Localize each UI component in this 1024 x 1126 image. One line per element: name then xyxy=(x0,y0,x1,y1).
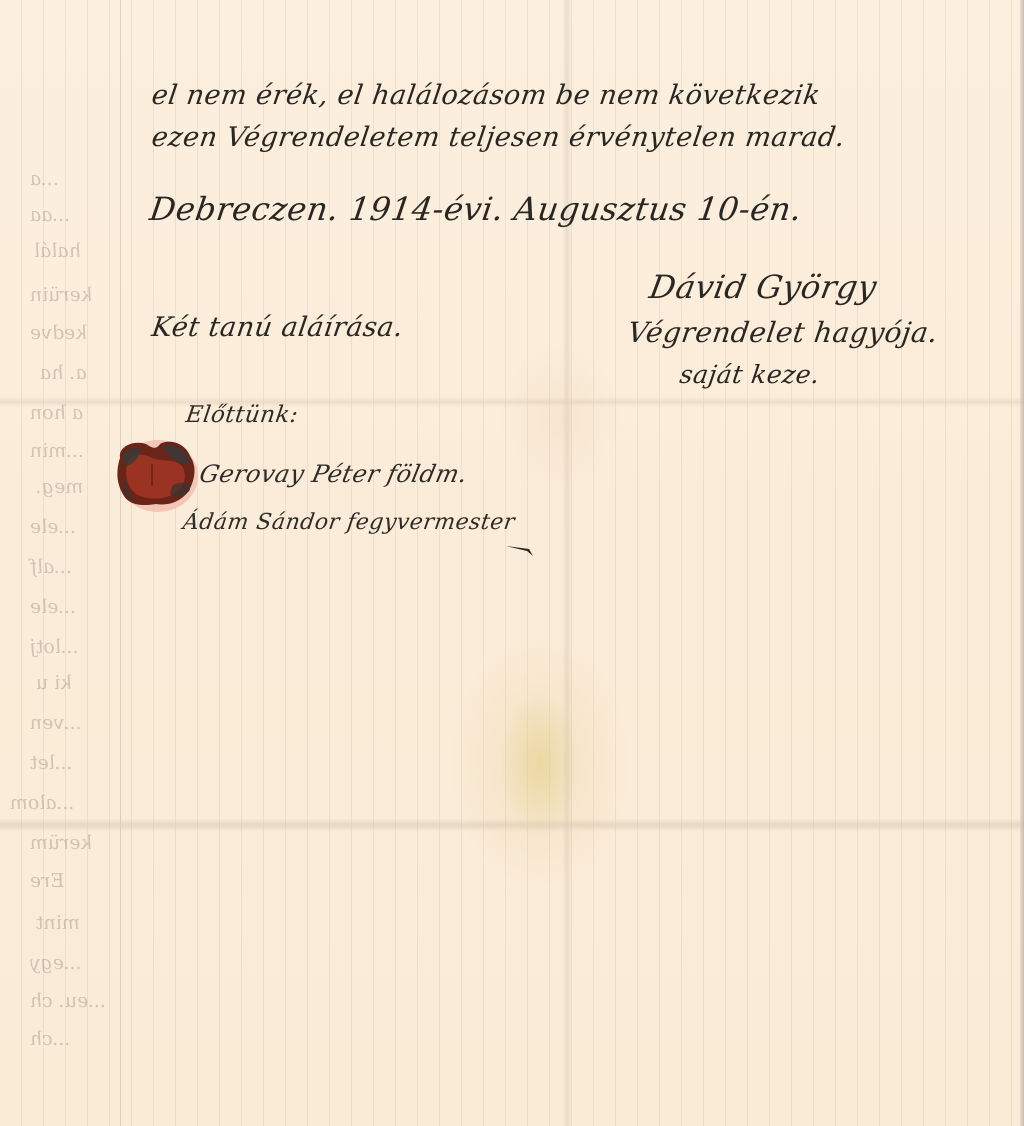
bleed-fragment: halál xyxy=(32,240,82,262)
bleed-fragment: a hon xyxy=(28,402,84,424)
place-and-date: Debreczen. 1914-évi. Augusztus 10-én. xyxy=(147,190,804,228)
paper-edge xyxy=(1020,0,1024,1126)
before-us-label: Előttünk: xyxy=(184,402,300,428)
body-line-1: el nem érék, el halálozásom be nem követ… xyxy=(150,80,823,111)
witness-signature-1: Gerovay Péter földm. xyxy=(197,460,470,488)
bleed-fragment: ...eu. ch xyxy=(28,990,108,1012)
bleed-fragment: a. ha xyxy=(38,362,88,384)
testator-own-hand-note: saját keze. xyxy=(678,360,822,389)
bleed-fragment: ...ven xyxy=(28,712,83,734)
bleed-fragment: ...alf xyxy=(28,556,74,578)
bleed-fragment: kerüm xyxy=(28,832,93,854)
vertical-fold-line xyxy=(562,0,572,1126)
bleed-fragment: meg. xyxy=(34,476,85,498)
margin-line xyxy=(120,0,121,1126)
horizontal-fold-line-upper xyxy=(0,397,1024,407)
bleed-fragment: ...ele xyxy=(28,596,78,618)
body-line-2: ezen Végrendeletem teljesen érvénytelen … xyxy=(150,122,847,153)
witness-signature-2: Ádám Sándor fegyvermester xyxy=(181,510,516,535)
bleed-fragment: Ere xyxy=(28,870,65,892)
bleed-fragment: ...let xyxy=(28,752,74,774)
bleed-fragment: ...alom xyxy=(8,792,76,814)
wax-seal-icon xyxy=(112,436,200,514)
signature-flourish xyxy=(505,543,535,557)
bleed-fragment: ...min xyxy=(28,440,86,462)
testator-signature: Dávid György xyxy=(647,268,880,306)
document-page: ...a ...aa halál kerüin kedve a. ha a ho… xyxy=(0,0,1024,1126)
bleed-fragment: ...ele xyxy=(28,516,78,538)
witnesses-label: Két tanú aláírása. xyxy=(150,312,406,343)
bleed-fragment: kerüin xyxy=(28,284,93,306)
bleed-fragment: ...lotj xyxy=(28,636,80,658)
bleed-fragment: ki u xyxy=(34,672,73,694)
bleed-fragment: ...aa xyxy=(28,204,72,226)
testator-role: Végrendelet hagyója. xyxy=(626,316,941,349)
bleed-fragment: ...a xyxy=(28,168,61,190)
bleed-fragment: ...egy xyxy=(28,952,83,974)
bleed-fragment: mint xyxy=(34,912,81,934)
bleed-fragment: kedve xyxy=(28,322,88,344)
paper-ruling xyxy=(0,0,1024,1126)
water-stain xyxy=(500,690,580,840)
bleed-fragment: ...ch xyxy=(28,1028,72,1050)
